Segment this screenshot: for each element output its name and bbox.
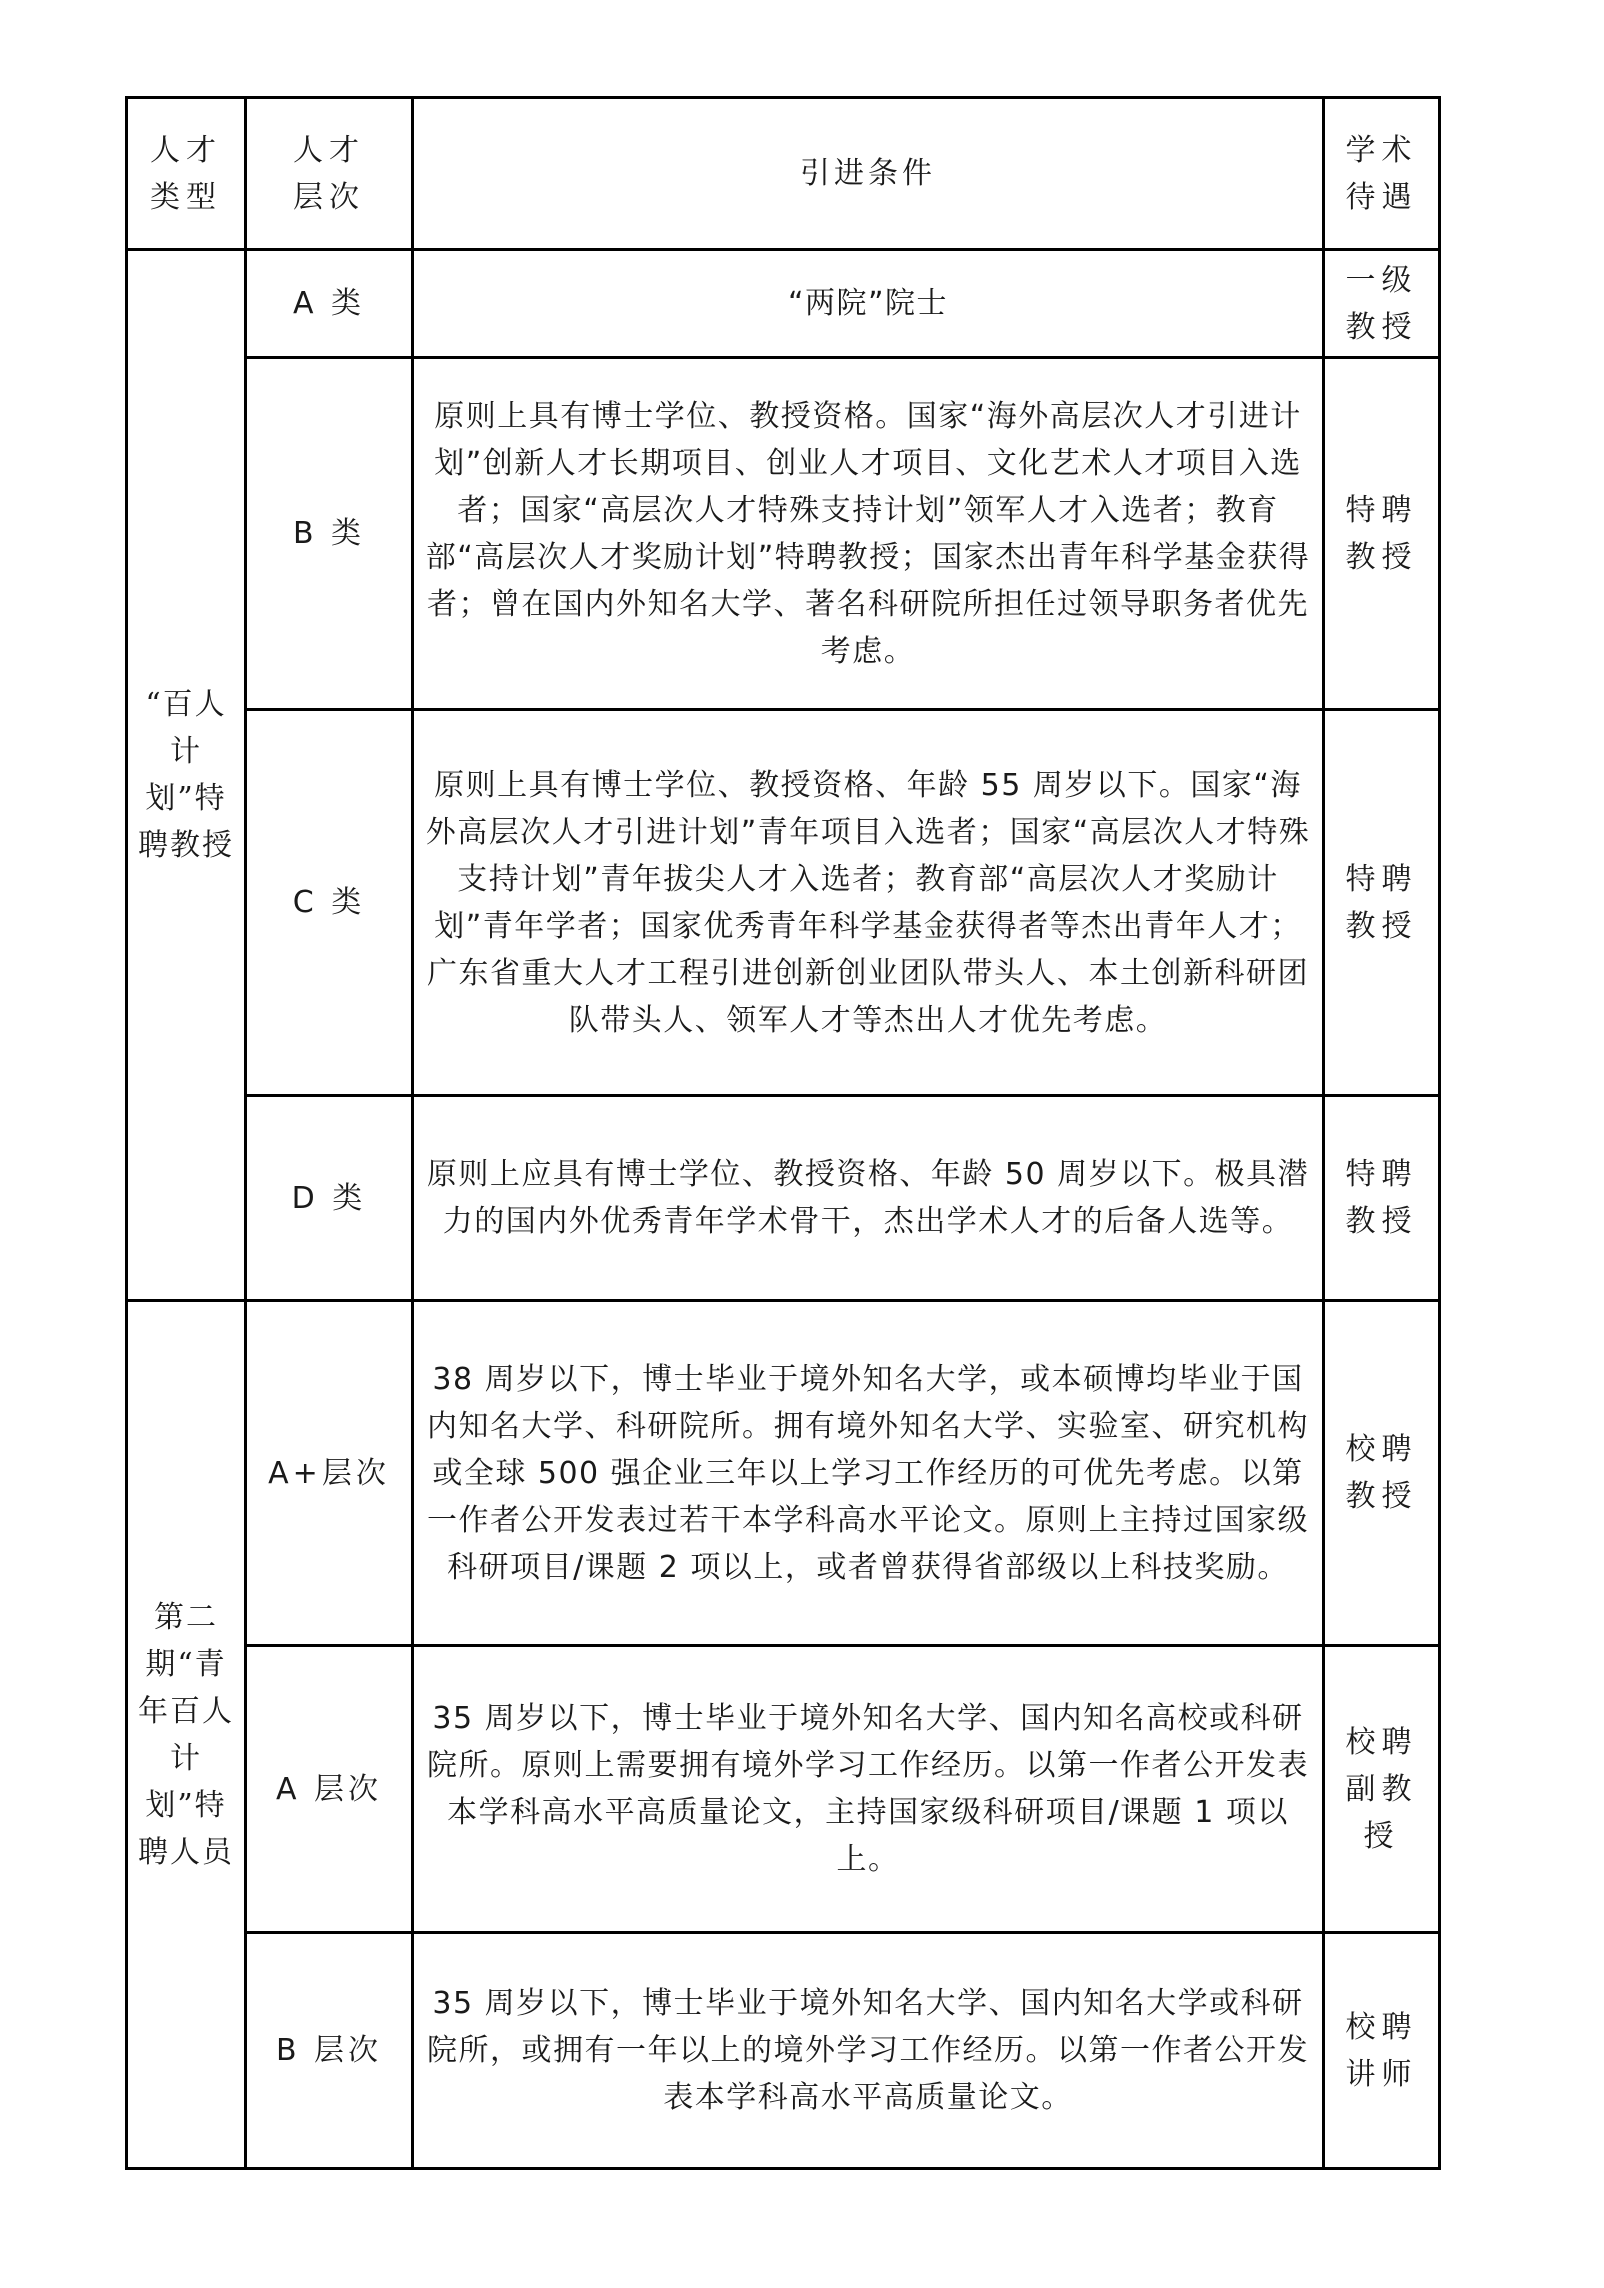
talent-recruitment-table: 人才类型 人才层次 引进条件 学术待遇 “百人计划”特聘教授 A 类 “两院”院… [125,96,1441,2170]
conditions-cell: 35 周岁以下，博士毕业于境外知名大学、国内知名高校或科研院所。原则上需要拥有境… [413,1646,1324,1933]
talent-level-cell: B 类 [246,358,413,710]
header-talent-level: 人才层次 [246,98,413,250]
conditions-cell: 38 周岁以下，博士毕业于境外知名大学，或本硕博均毕业于国内知名大学、科研院所。… [413,1301,1324,1646]
treatment-cell: 校聘教授 [1324,1301,1440,1646]
talent-type-cell: 第二期“青年百人计划”特聘人员 [127,1301,246,2169]
header-talent-type: 人才类型 [127,98,246,250]
talent-level-cell: A 层次 [246,1646,413,1933]
talent-level-cell: A 类 [246,250,413,358]
conditions-cell: 35 周岁以下，博士毕业于境外知名大学、国内知名大学或科研院所，或拥有一年以上的… [413,1933,1324,2169]
table-row: 第二期“青年百人计划”特聘人员 A+层次 38 周岁以下，博士毕业于境外知名大学… [127,1301,1440,1646]
treatment-cell: 特聘教授 [1324,358,1440,710]
table-row: C 类 原则上具有博士学位、教授资格、年龄 55 周岁以下。国家“海外高层次人才… [127,710,1440,1096]
talent-type-cell: “百人计划”特聘教授 [127,250,246,1301]
treatment-cell: 特聘教授 [1324,1096,1440,1301]
table-row: B 类 原则上具有博士学位、教授资格。国家“海外高层次人才引进计划”创新人才长期… [127,358,1440,710]
treatment-cell: 一级教授 [1324,250,1440,358]
treatment-cell: 校聘副教授 [1324,1646,1440,1933]
talent-level-cell: D 类 [246,1096,413,1301]
conditions-cell: 原则上具有博士学位、教授资格。国家“海外高层次人才引进计划”创新人才长期项目、创… [413,358,1324,710]
table-row: B 层次 35 周岁以下，博士毕业于境外知名大学、国内知名大学或科研院所，或拥有… [127,1933,1440,2169]
table-row: “百人计划”特聘教授 A 类 “两院”院士 一级教授 [127,250,1440,358]
table-row: D 类 原则上应具有博士学位、教授资格、年龄 50 周岁以下。极具潜力的国内外优… [127,1096,1440,1301]
header-treatment: 学术待遇 [1324,98,1440,250]
document-page: 人才类型 人才层次 引进条件 学术待遇 “百人计划”特聘教授 A 类 “两院”院… [0,0,1604,2288]
talent-level-cell: A+层次 [246,1301,413,1646]
talent-level-cell: B 层次 [246,1933,413,2169]
conditions-cell: “两院”院士 [413,250,1324,358]
header-conditions: 引进条件 [413,98,1324,250]
conditions-cell: 原则上具有博士学位、教授资格、年龄 55 周岁以下。国家“海外高层次人才引进计划… [413,710,1324,1096]
talent-level-cell: C 类 [246,710,413,1096]
treatment-cell: 特聘教授 [1324,710,1440,1096]
conditions-cell: 原则上应具有博士学位、教授资格、年龄 50 周岁以下。极具潜力的国内外优秀青年学… [413,1096,1324,1301]
table-row: A 层次 35 周岁以下，博士毕业于境外知名大学、国内知名高校或科研院所。原则上… [127,1646,1440,1933]
table-header-row: 人才类型 人才层次 引进条件 学术待遇 [127,98,1440,250]
treatment-cell: 校聘讲师 [1324,1933,1440,2169]
